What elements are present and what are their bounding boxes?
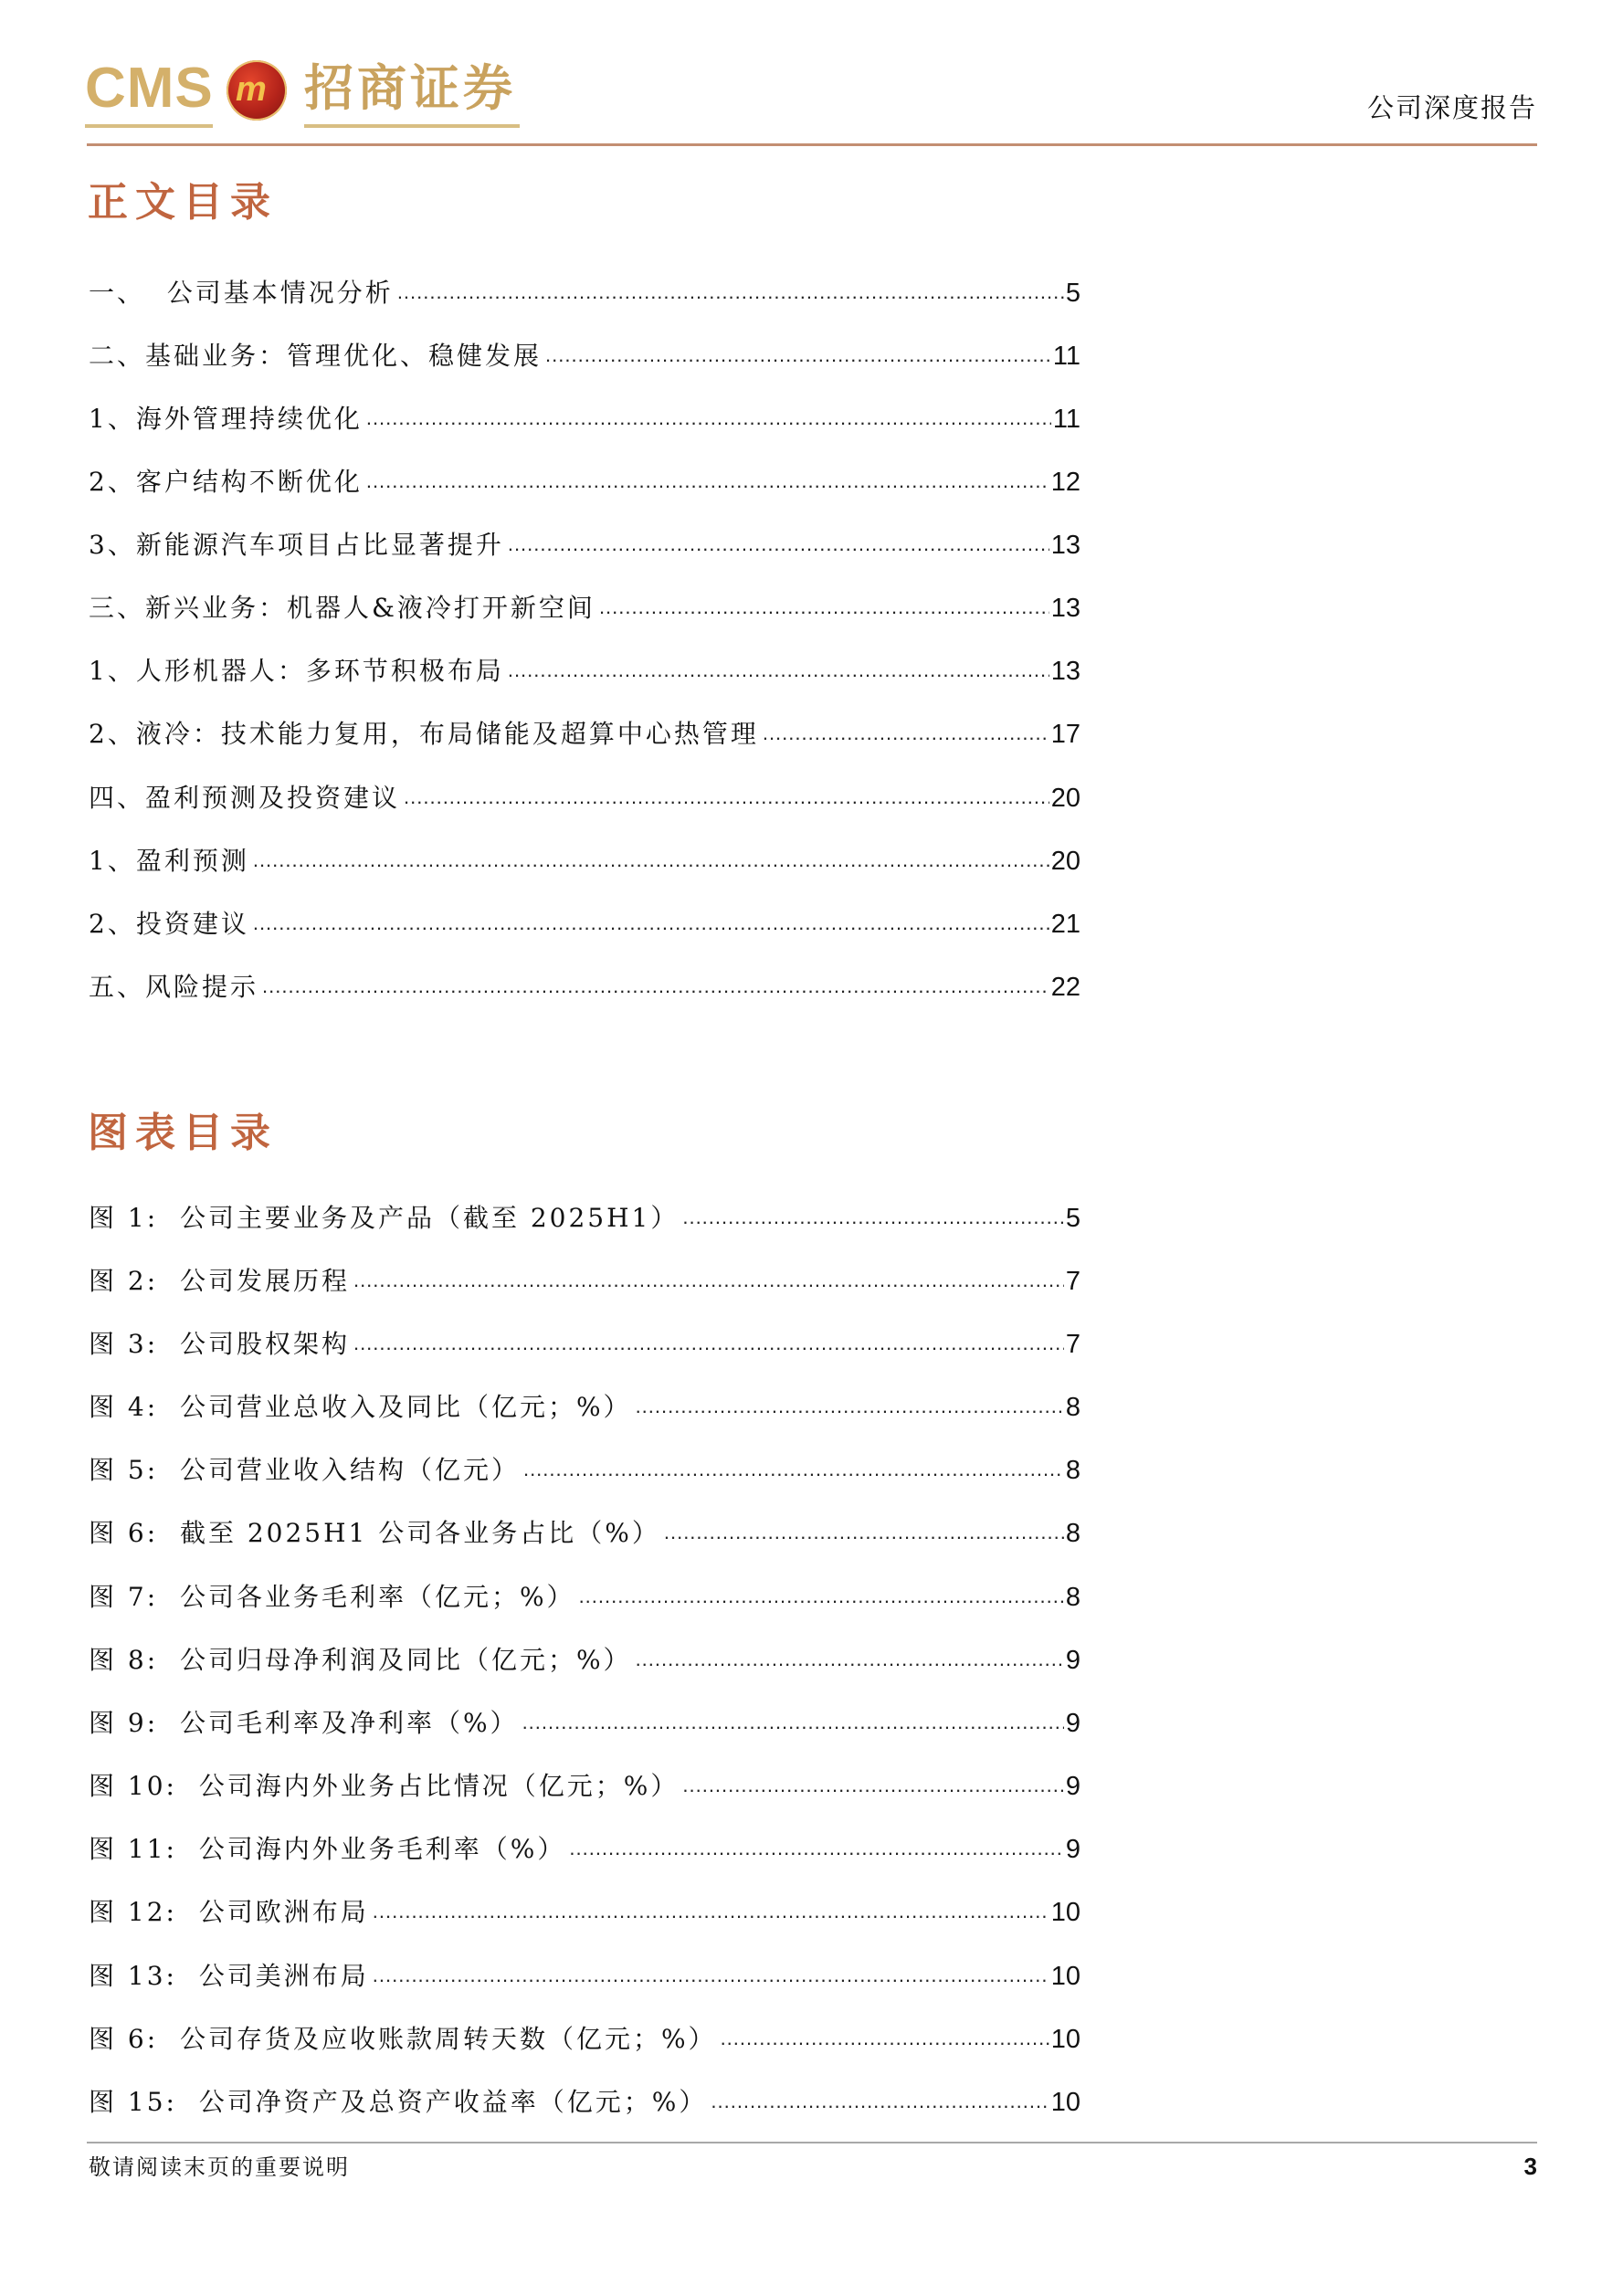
figure-entry-page: 9 [1066,1831,1080,1868]
toc-entry[interactable]: 1、海外管理持续优化11 [89,401,1080,437]
figure-entry[interactable]: 图 13: 公司美洲布局10 [89,1958,1080,1995]
figure-entry-page: 7 [1066,1326,1080,1363]
figure-entry-label: 图 11: 公司海内外业务毛利率（%） [89,1831,565,1868]
figure-entry-label: 图 9: 公司毛利率及净利率（%） [89,1705,519,1742]
leader-dots [682,1204,1064,1231]
toc-entry-label: 1、盈利预测 [89,843,249,879]
toc-entry[interactable]: 2、客户结构不断优化12 [89,464,1080,500]
leader-dots [599,594,1049,621]
toc-entry-label: 五、风险提示 [89,969,258,1006]
figure-entry[interactable]: 图 10: 公司海内外业务占比情况（亿元；%）9 [89,1768,1080,1805]
figure-entry-label: 图 8: 公司归母净利润及同比（亿元；%） [89,1642,632,1679]
figure-entry-page: 9 [1066,1642,1080,1679]
toc-entry[interactable]: 一、 公司基本情况分析5 [89,275,1080,311]
figure-entry-page: 7 [1066,1263,1080,1300]
figure-entry[interactable]: 图 11: 公司海内外业务毛利率（%）9 [89,1831,1080,1868]
leader-dots [508,531,1049,558]
figure-entry[interactable]: 图 3: 公司股权架构7 [89,1326,1080,1363]
figure-entry-label: 图 5: 公司营业收入结构（亿元） [89,1452,520,1489]
toc-entry-page: 20 [1051,843,1080,879]
leader-dots [508,657,1049,684]
leader-dots [373,1962,1049,1989]
toc-entry-page: 13 [1051,590,1080,627]
cms-logo: CMS m 招商证券 [85,58,523,132]
toc-entry[interactable]: 四、盈利预测及投资建议20 [89,780,1080,816]
logo-cn-text: 招商证券 [304,58,516,119]
figure-entry-label: 图 7: 公司各业务毛利率（亿元；%） [89,1579,575,1616]
toc-entry-label: 一、 公司基本情况分析 [89,275,394,311]
toc-entry-label: 2、液冷：技术能力复用，布局储能及超算中心热管理 [89,716,759,753]
toc-entry[interactable]: 1、盈利预测20 [89,843,1080,879]
toc-entry-page: 12 [1051,464,1080,500]
leader-dots [711,2088,1049,2115]
leader-dots [664,1519,1064,1546]
figure-entry-label: 图 15: 公司净资产及总资产收益率（亿元；%） [89,2084,707,2121]
toc-entry-page: 22 [1051,969,1080,1006]
toc-entry-label: 3、新能源汽车项目占比显著提升 [89,527,504,563]
toc-entry-label: 2、投资建议 [89,906,249,943]
toc-entry-page: 21 [1051,906,1080,943]
figure-entry[interactable]: 图 12: 公司欧洲布局10 [89,1894,1080,1931]
logo-emblem-glyph: m [236,69,263,110]
toc-entry[interactable]: 三、新兴业务：机器人&液冷打开新空间13 [89,590,1080,627]
figure-entry-page: 10 [1051,2021,1080,2058]
report-type-label: 公司深度报告 [1367,91,1537,124]
toc-entry-label: 二、基础业务：管理优化、稳健发展 [89,338,542,374]
figure-entry-page: 9 [1066,1705,1080,1742]
toc-entry[interactable]: 2、投资建议21 [89,906,1080,943]
toc-entry-label: 四、盈利预测及投资建议 [89,780,400,816]
toc-entry[interactable]: 1、人形机器人：多环节积极布局13 [89,653,1080,690]
figure-entry-page: 8 [1066,1452,1080,1489]
toc-entry-page: 13 [1051,653,1080,690]
leader-dots [397,279,1064,306]
figure-entry[interactable]: 图 1: 公司主要业务及产品（截至 2025H1）5 [89,1200,1080,1237]
logo-underline-right [304,124,520,128]
figure-entry[interactable]: 图 5: 公司营业收入结构（亿元）8 [89,1452,1080,1489]
leader-dots [366,405,1051,432]
toc-entry-page: 11 [1053,401,1080,437]
figure-entry-label: 图 6: 公司存货及应收账款周转天数（亿元；%） [89,2021,717,2058]
figure-entry-page: 10 [1051,2084,1080,2121]
toc-entry-page: 5 [1066,275,1080,311]
leader-dots [636,1393,1064,1420]
toc-entry-label: 1、海外管理持续优化 [89,401,363,437]
figure-entry-label: 图 1: 公司主要业务及产品（截至 2025H1） [89,1200,679,1237]
disclaimer-note: 敬请阅读末页的重要说明 [89,2154,350,2181]
leader-dots [545,342,1051,369]
leader-dots [373,1898,1049,1925]
leader-dots [569,1835,1063,1862]
figure-entry[interactable]: 图 4: 公司营业总收入及同比（亿元；%）8 [89,1389,1080,1426]
leader-dots [523,1456,1064,1483]
leader-dots [253,847,1049,874]
leader-dots [353,1267,1064,1294]
figure-entry-page: 8 [1066,1389,1080,1426]
logo-emblem-icon: m [227,60,287,121]
figure-entry-page: 9 [1066,1768,1080,1805]
figure-entry-page: 10 [1051,1958,1080,1995]
figure-entry-page: 5 [1066,1200,1080,1237]
toc-entry-page: 20 [1051,780,1080,816]
toc-entry[interactable]: 2、液冷：技术能力复用，布局储能及超算中心热管理17 [89,716,1080,753]
figure-entry[interactable]: 图 8: 公司归母净利润及同比（亿元；%）9 [89,1642,1080,1679]
leader-dots [763,720,1049,747]
figure-entry[interactable]: 图 7: 公司各业务毛利率（亿元；%）8 [89,1579,1080,1616]
figure-entry-label: 图 6: 截至 2025H1 公司各业务占比（%） [89,1515,660,1552]
leader-dots [636,1646,1064,1673]
header-divider [87,143,1537,146]
leader-dots [253,910,1049,937]
figure-entry[interactable]: 图 15: 公司净资产及总资产收益率（亿元；%）10 [89,2084,1080,2121]
figure-entry-label: 图 12: 公司欧洲布局 [89,1894,369,1931]
logo-underline-left [85,124,213,128]
logo-cms-text: CMS [85,58,214,119]
toc-entry[interactable]: 五、风险提示22 [89,969,1080,1006]
leader-dots [682,1772,1063,1799]
figure-entry-label: 图 10: 公司海内外业务占比情况（亿元；%） [89,1768,679,1805]
figures-title: 图表目录 [88,1111,278,1156]
figure-entry-page: 10 [1051,1894,1080,1931]
figure-entry[interactable]: 图 2: 公司发展历程7 [89,1263,1080,1300]
toc-entry-label: 2、客户结构不断优化 [89,464,363,500]
figure-entry-page: 8 [1066,1515,1080,1552]
leader-dots [366,468,1049,495]
figure-entry[interactable]: 图 9: 公司毛利率及净利率（%）9 [89,1705,1080,1742]
toc-entry[interactable]: 二、基础业务：管理优化、稳健发展11 [89,338,1080,374]
toc-entry-page: 11 [1053,338,1080,374]
footer-divider [87,2142,1537,2143]
leader-dots [404,784,1049,811]
toc-entry-page: 13 [1051,527,1080,563]
figure-entry-label: 图 2: 公司发展历程 [89,1263,350,1300]
leader-dots [721,2025,1049,2052]
leader-dots [353,1330,1064,1357]
leader-dots [262,973,1049,1000]
toc-entry[interactable]: 3、新能源汽车项目占比显著提升13 [89,527,1080,563]
leader-dots [522,1709,1064,1736]
toc-entry-label: 三、新兴业务：机器人&液冷打开新空间 [89,590,595,627]
figure-entry[interactable]: 图 6: 截至 2025H1 公司各业务占比（%）8 [89,1515,1080,1552]
page-number: 3 [1524,2152,1537,2181]
figure-entry-label: 图 13: 公司美洲布局 [89,1958,369,1995]
toc-entry-page: 17 [1051,716,1080,753]
figure-entry[interactable]: 图 6: 公司存货及应收账款周转天数（亿元；%）10 [89,2021,1080,2058]
figure-entry-label: 图 3: 公司股权架构 [89,1326,350,1363]
toc-entry-label: 1、人形机器人：多环节积极布局 [89,653,504,690]
leader-dots [579,1583,1064,1610]
figure-entry-label: 图 4: 公司营业总收入及同比（亿元；%） [89,1389,632,1426]
contents-title: 正文目录 [88,180,278,226]
figure-entry-page: 8 [1066,1579,1080,1616]
